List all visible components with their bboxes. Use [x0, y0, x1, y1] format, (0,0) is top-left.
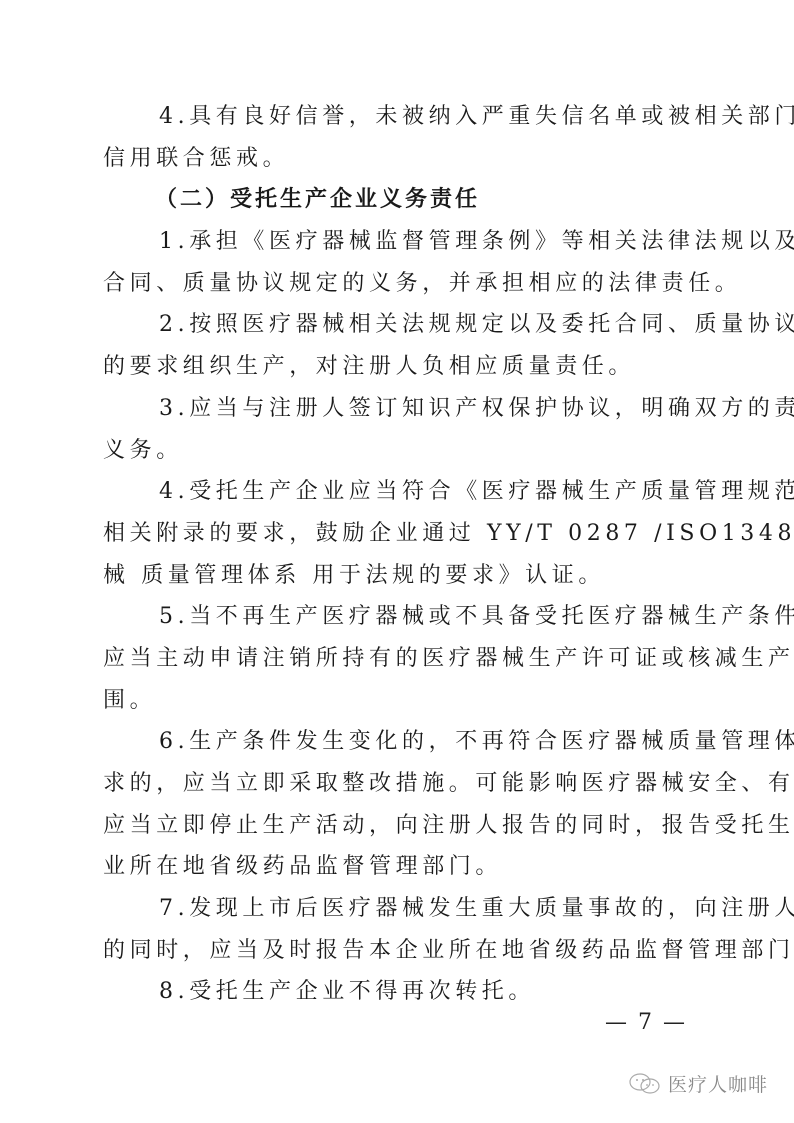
- paragraph-line: 4.受托生产企业应当符合《医疗器械生产质量管理规范》及: [103, 471, 693, 513]
- paragraph-line: 合同、质量协议规定的义务，并承担相应的法律责任。: [103, 263, 693, 305]
- paragraph-line: 业所在地省级药品监督管理部门。: [103, 846, 693, 888]
- paragraph-line: 4.具有良好信誉，未被纳入严重失信名单或被相关部门实施: [103, 96, 693, 138]
- paragraph-line: 的要求组织生产，对注册人负相应质量责任。: [103, 346, 693, 388]
- paragraph-line: 的同时，应当及时报告本企业所在地省级药品监督管理部门。: [103, 930, 693, 972]
- section-heading: （二）受托生产企业义务责任: [103, 179, 693, 221]
- paragraph-line: 1.承担《医疗器械监督管理条例》等相关法律法规以及委托: [103, 221, 693, 263]
- watermark-text: 医疗人咖啡: [668, 1070, 768, 1097]
- paragraph-line: 2.按照医疗器械相关法规规定以及委托合同、质量协议约定: [103, 304, 693, 346]
- paragraph-line: 围。: [103, 680, 693, 722]
- wechat-icon: [628, 1072, 662, 1096]
- paragraph-line: 求的，应当立即采取整改措施。可能影响医疗器械安全、有效的，: [103, 763, 693, 805]
- paragraph-line: 3.应当与注册人签订知识产权保护协议，明确双方的责任和: [103, 388, 693, 430]
- paragraph-line: 6.生产条件发生变化的，不再符合医疗器械质量管理体系要: [103, 721, 693, 763]
- paragraph-line: 应当主动申请注销所持有的医疗器械生产许可证或核减生产范: [103, 638, 693, 680]
- paragraph-line: 8.受托生产企业不得再次转托。: [103, 971, 693, 1013]
- paragraph-line: 信用联合惩戒。: [103, 138, 693, 180]
- paragraph-line: 义务。: [103, 430, 693, 472]
- paragraph-line: 应当立即停止生产活动，向注册人报告的同时，报告受托生产企: [103, 805, 693, 847]
- paragraph-line: 5.当不再生产医疗器械或不具备受托医疗器械生产条件时，: [103, 596, 693, 638]
- document-body: 4.具有良好信誉，未被纳入严重失信名单或被相关部门实施 信用联合惩戒。 （二）受…: [103, 96, 693, 1013]
- paragraph-line: 械 质量管理体系 用于法规的要求》认证。: [103, 555, 693, 597]
- paragraph-line: 7.发现上市后医疗器械发生重大质量事故的，向注册人报告: [103, 888, 693, 930]
- paragraph-line: 相关附录的要求，鼓励企业通过 YY/T 0287 /ISO13485《医疗器: [103, 513, 693, 555]
- page-number: — 7 —: [605, 1010, 687, 1035]
- watermark: 医疗人咖啡: [628, 1070, 768, 1097]
